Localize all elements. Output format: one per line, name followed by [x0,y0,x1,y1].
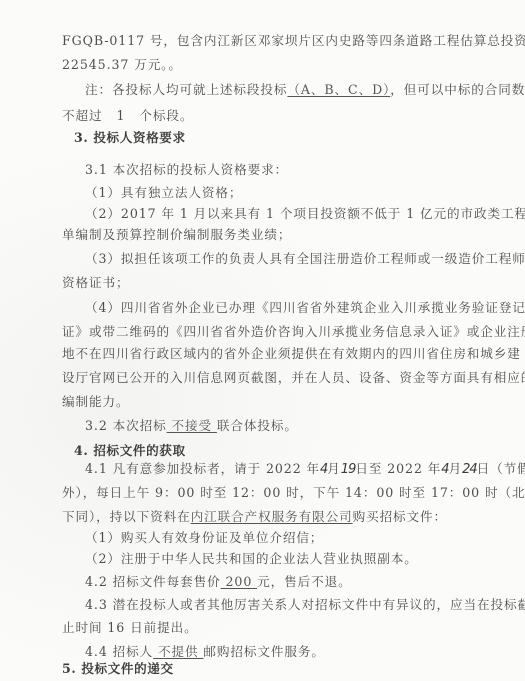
text: 4.1 凡有意参加投标者，请于 2022 年 [85,461,320,476]
qualification-3-cont: 资格证书； [62,275,452,291]
section-3-heading: 3. 投标人资格要求 [74,130,464,146]
paragraph-line: 22545.37 万元。。 [62,57,452,73]
section-4-heading: 4. 招标文件的获取 [74,443,464,459]
note-text: 注：各投标人均可就上述标段投标 [85,82,287,97]
handwritten-end-month: 4 [441,462,448,477]
consortium-value: 不接受 [167,418,217,433]
section-3-1: 3.1 本次招标的投标人资格要求： [85,162,475,178]
note-lots-underlined: （A、B、C、D） [287,82,390,97]
handwritten-start-day: 19 [341,462,356,477]
section-3-2: 3.2 本次招标 不接受 联合体投标。 [85,418,475,434]
text: 购买招标文件： [353,509,447,524]
section-4-1: 4.1 凡有意参加投标者，请于 2022 年4月19日至 2022 年4月24日… [85,461,475,478]
section-4-3-cont: 止时间 16 日前提出。 [62,620,452,636]
handwritten-end-day: 24 [462,462,477,477]
qualification-4-cont: 证》或带二维码的《四川省省外造价咨询入川承揽业务信息录入证》或企业注册 [62,324,452,340]
text: 月 [449,461,463,476]
note-text: ，但可以中标的合同数量 [390,82,525,97]
section-4-3: 4.3 潜在投标人或者其他厉害关系人对招标文件中有异议的，应当在投标截 [85,597,475,613]
text: 元，售后不退。 [257,574,351,589]
qualification-4: （4）四川省省外企业已办理《四川省省外建筑企业入川承揽业务验证登记 [85,300,475,316]
section-4-4: 4.4 招标人 不提供 邮购招标文件服务。 [85,644,475,660]
note-line: 注：各投标人均可就上述标段投标（A、B、C、D），但可以中标的合同数量 [85,82,475,98]
qualification-4-cont: 设厅官网已公开的入川信息网页截图，并在人员、设备、资金等方面具有相应的 [62,370,452,386]
text: 4.4 招标人 [85,644,153,659]
purchase-requirement-1: （1）购买人有效身份证及单位介绍信； [85,530,475,546]
qualification-4-cont: 编制能力。 [62,394,452,410]
text: 3.2 本次招标 [85,418,167,433]
qualification-2: （2）2017 年 1 月以来具有 1 个项目投资额不低于 1 亿元的市政类工程… [85,206,475,222]
text: 日至 2022 年 [355,461,441,476]
max-lots-value: 1 [116,108,125,123]
text: 日（节假日除 [477,461,525,476]
section-5-heading: 5. 投标文件的递交 [62,661,452,677]
section-4-1-cont: 外），每日上午 9：00 时至 12：00 时，下午 14：00 时至 17：0… [62,485,452,501]
purchase-requirement-2: （2）注册于中华人民共和国的企业法人营业执照副本。 [85,551,475,567]
qualification-1: （1）具有独立法人资格； [85,185,475,201]
note-line: 不超过1个标段。 [62,108,452,124]
note-text: 不超过 [62,108,102,123]
text: 联合体投标。 [217,418,298,433]
text: 下同），持以下资料在 [62,509,191,524]
text: 邮购招标文件服务。 [203,644,324,659]
text: 月 [327,461,341,476]
paragraph-line: FGQB-0117 号，包含内江新区邓家坝片区内史路等四条道路工程估算总投资 [62,33,452,49]
mail-order-value: 不提供 [153,644,203,659]
vendor-name: 内江联合产权服务有限公司 [191,509,353,524]
qualification-4-cont: 地不在四川省行政区域内的省外企业须提供在有效期内的四川省住房和城乡建 [62,346,452,362]
qualification-3: （3）拟担任该项工作的负责人具有全国注册造价工程师或一级造价工程师 [85,251,475,267]
note-text: 个标段。 [139,108,193,123]
price-value: 200 [221,574,258,589]
document-page: FGQB-0117 号，包含内江新区邓家坝片区内史路等四条道路工程估算总投资 2… [0,0,525,681]
section-4-2: 4.2 招标文件每套售价 200 元，售后不退。 [85,574,475,590]
text: 4.2 招标文件每套售价 [85,574,221,589]
section-4-1-cont: 下同），持以下资料在内江联合产权服务有限公司购买招标文件： [62,509,452,525]
qualification-2-cont: 单编制及预算控制价编制服务类业绩； [62,227,452,243]
